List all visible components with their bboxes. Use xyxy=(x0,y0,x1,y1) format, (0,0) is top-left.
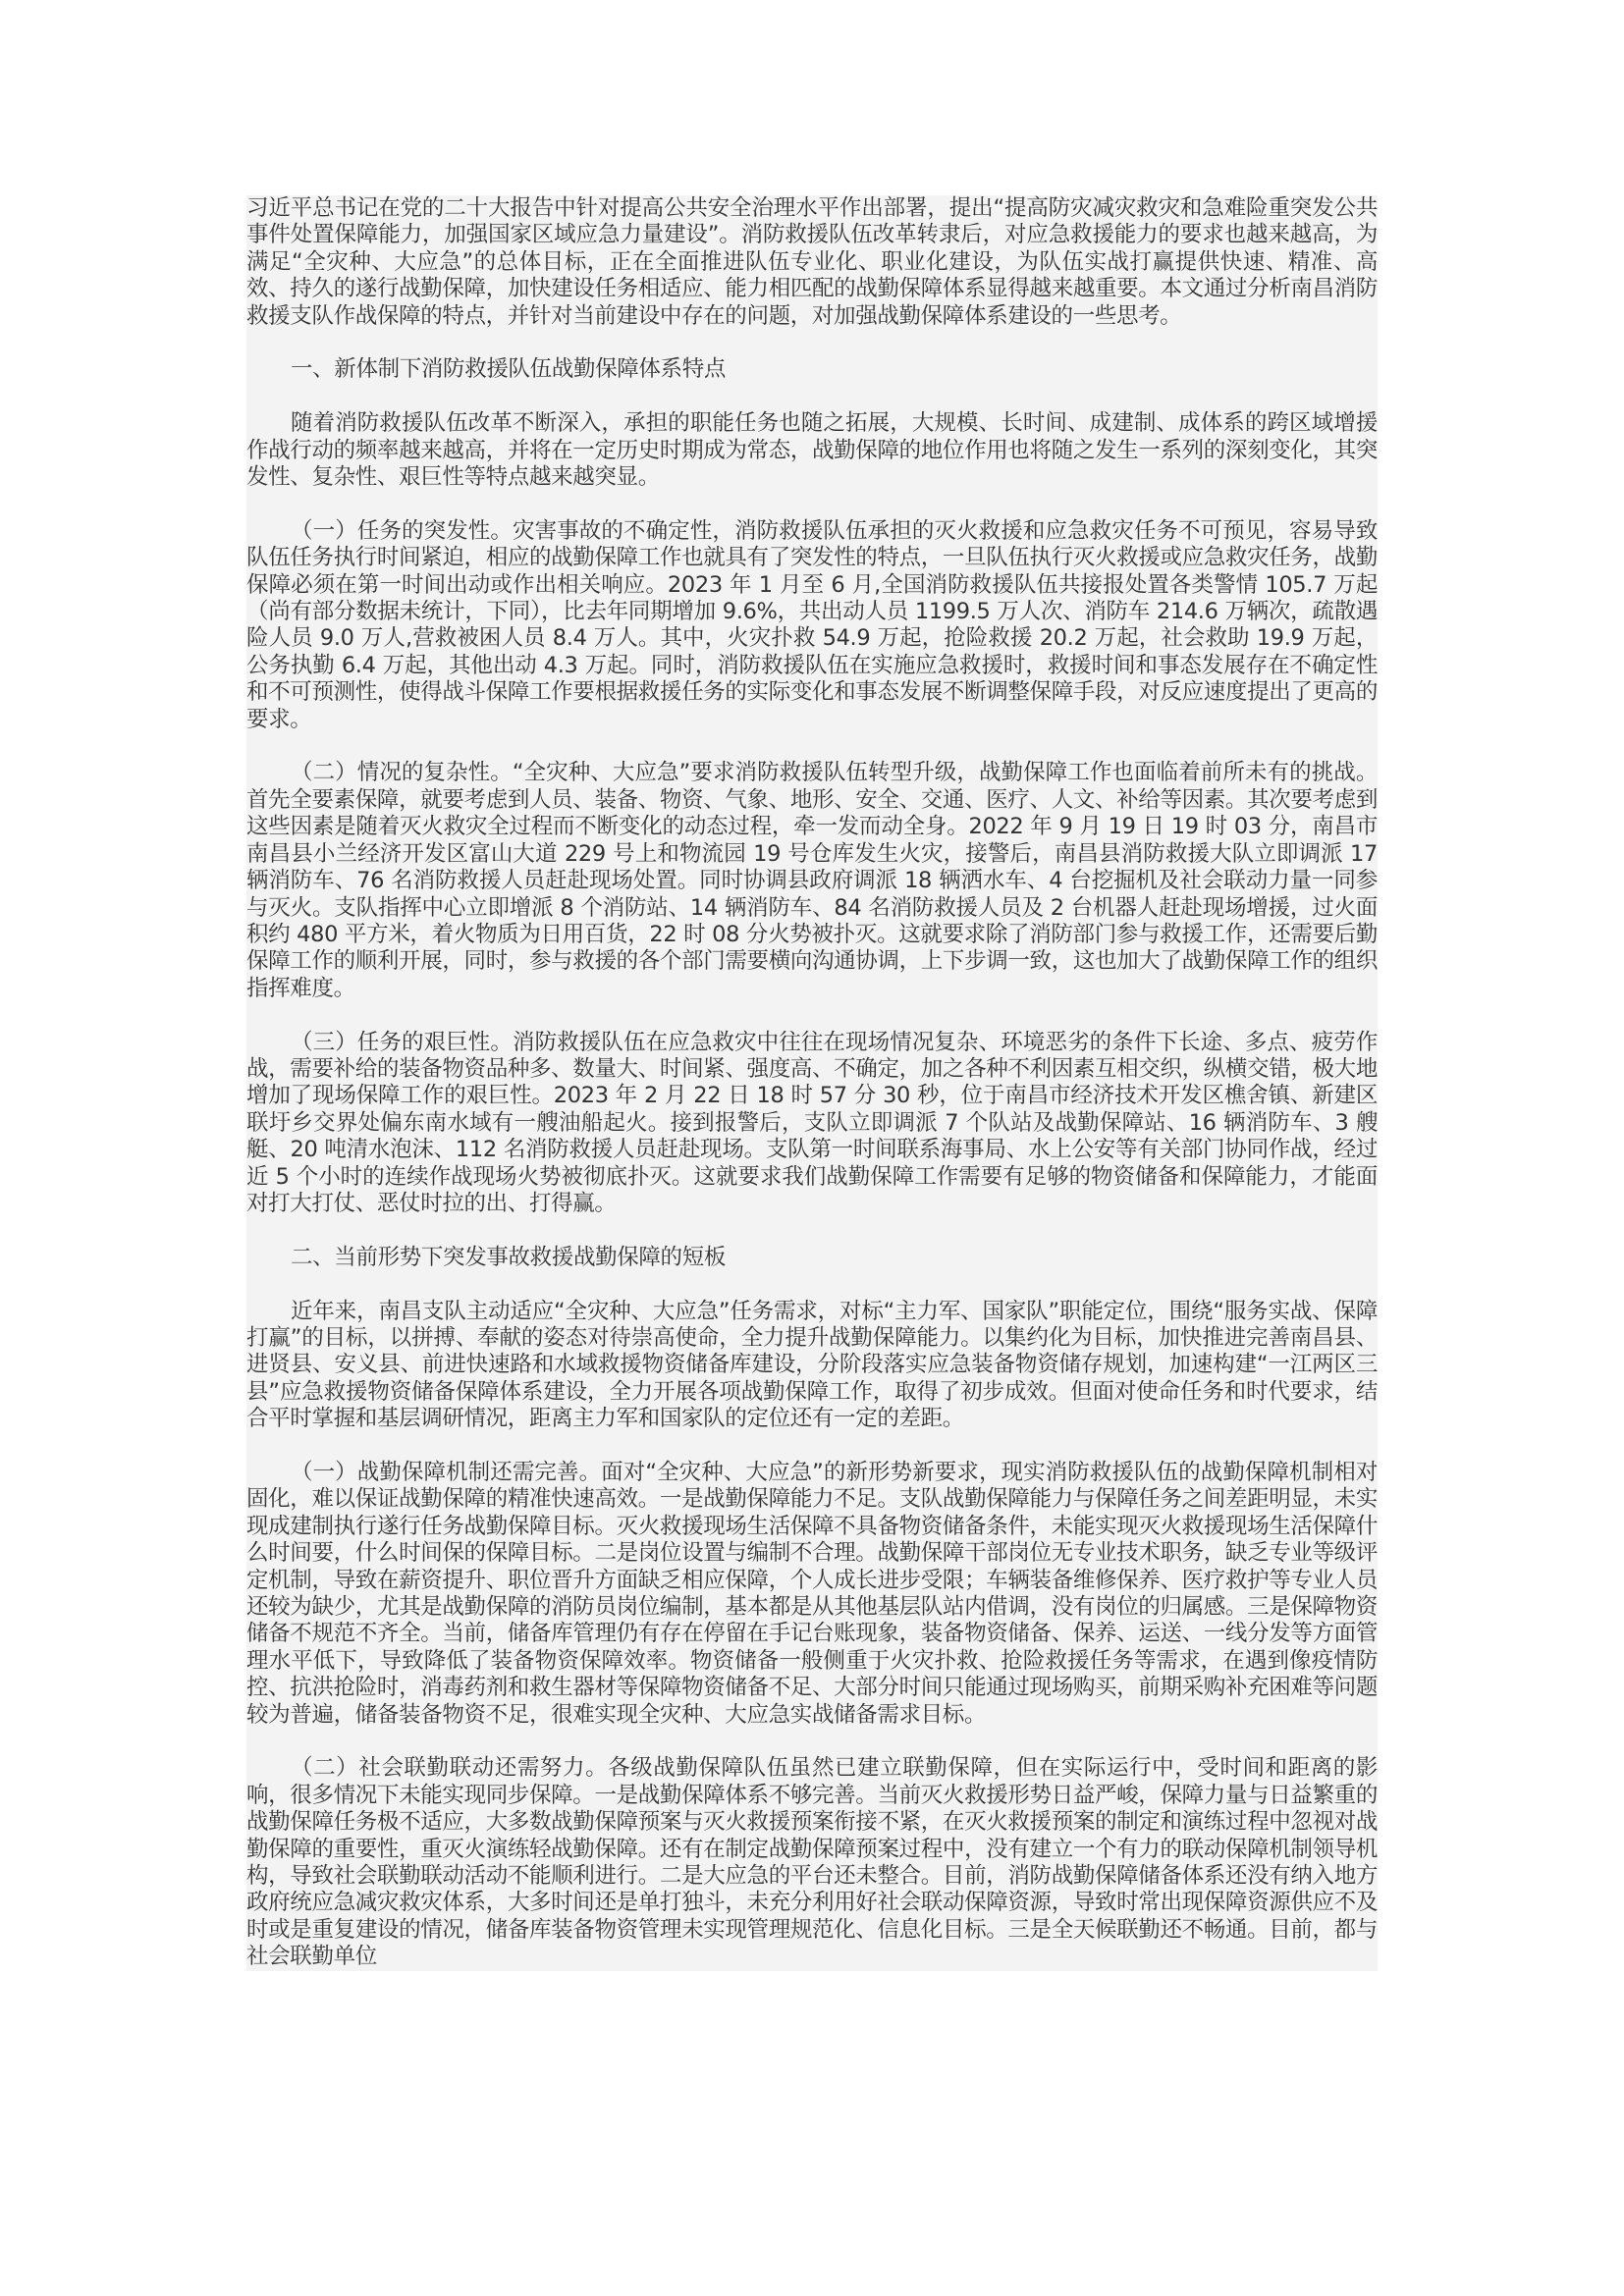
section-heading-2: 二、当前形势下突发事故救援战勤保障的短板 xyxy=(246,1245,1378,1271)
document-body: 习近平总书记在党的二十大报告中针对提高公共安全治理水平作出部署，提出“提高防灾减… xyxy=(246,195,1378,1971)
body-paragraph: 近年来，南昌支队主动适应“全灾种、大应急”任务需求，对标“主力军、国家队”职能定… xyxy=(246,1299,1378,1433)
body-paragraph: （二）情况的复杂性。“全灾种、大应急”要求消防救援队伍转型升级，战勤保障工作也面… xyxy=(246,760,1378,1002)
body-paragraph: （一）战勤保障机制还需完善。面对“全灾种、大应急”的新形势新要求，现实消防救援队… xyxy=(246,1460,1378,1729)
body-paragraph: 随着消防救援队伍改革不断深入，承担的职能任务也随之拓展，大规模、长时间、成建制、… xyxy=(246,410,1378,491)
body-paragraph: （二）社会联勤联动还需努力。各级战勤保障队伍虽然已建立联勤保障，但在实际运行中，… xyxy=(246,1755,1378,1970)
section-heading-1: 一、新体制下消防救援队伍战勤保障体系特点 xyxy=(246,356,1378,383)
body-paragraph: （三）任务的艰巨性。消防救援队伍在应急救灾中往往在现场情况复杂、环境恶劣的条件下… xyxy=(246,1030,1378,1218)
intro-paragraph: 习近平总书记在党的二十大报告中针对提高公共安全治理水平作出部署，提出“提高防灾减… xyxy=(246,195,1378,330)
body-paragraph: （一）任务的突发性。灾害事故的不确定性，消防救援队伍承担的灭火救援和应急救灾任务… xyxy=(246,518,1378,733)
